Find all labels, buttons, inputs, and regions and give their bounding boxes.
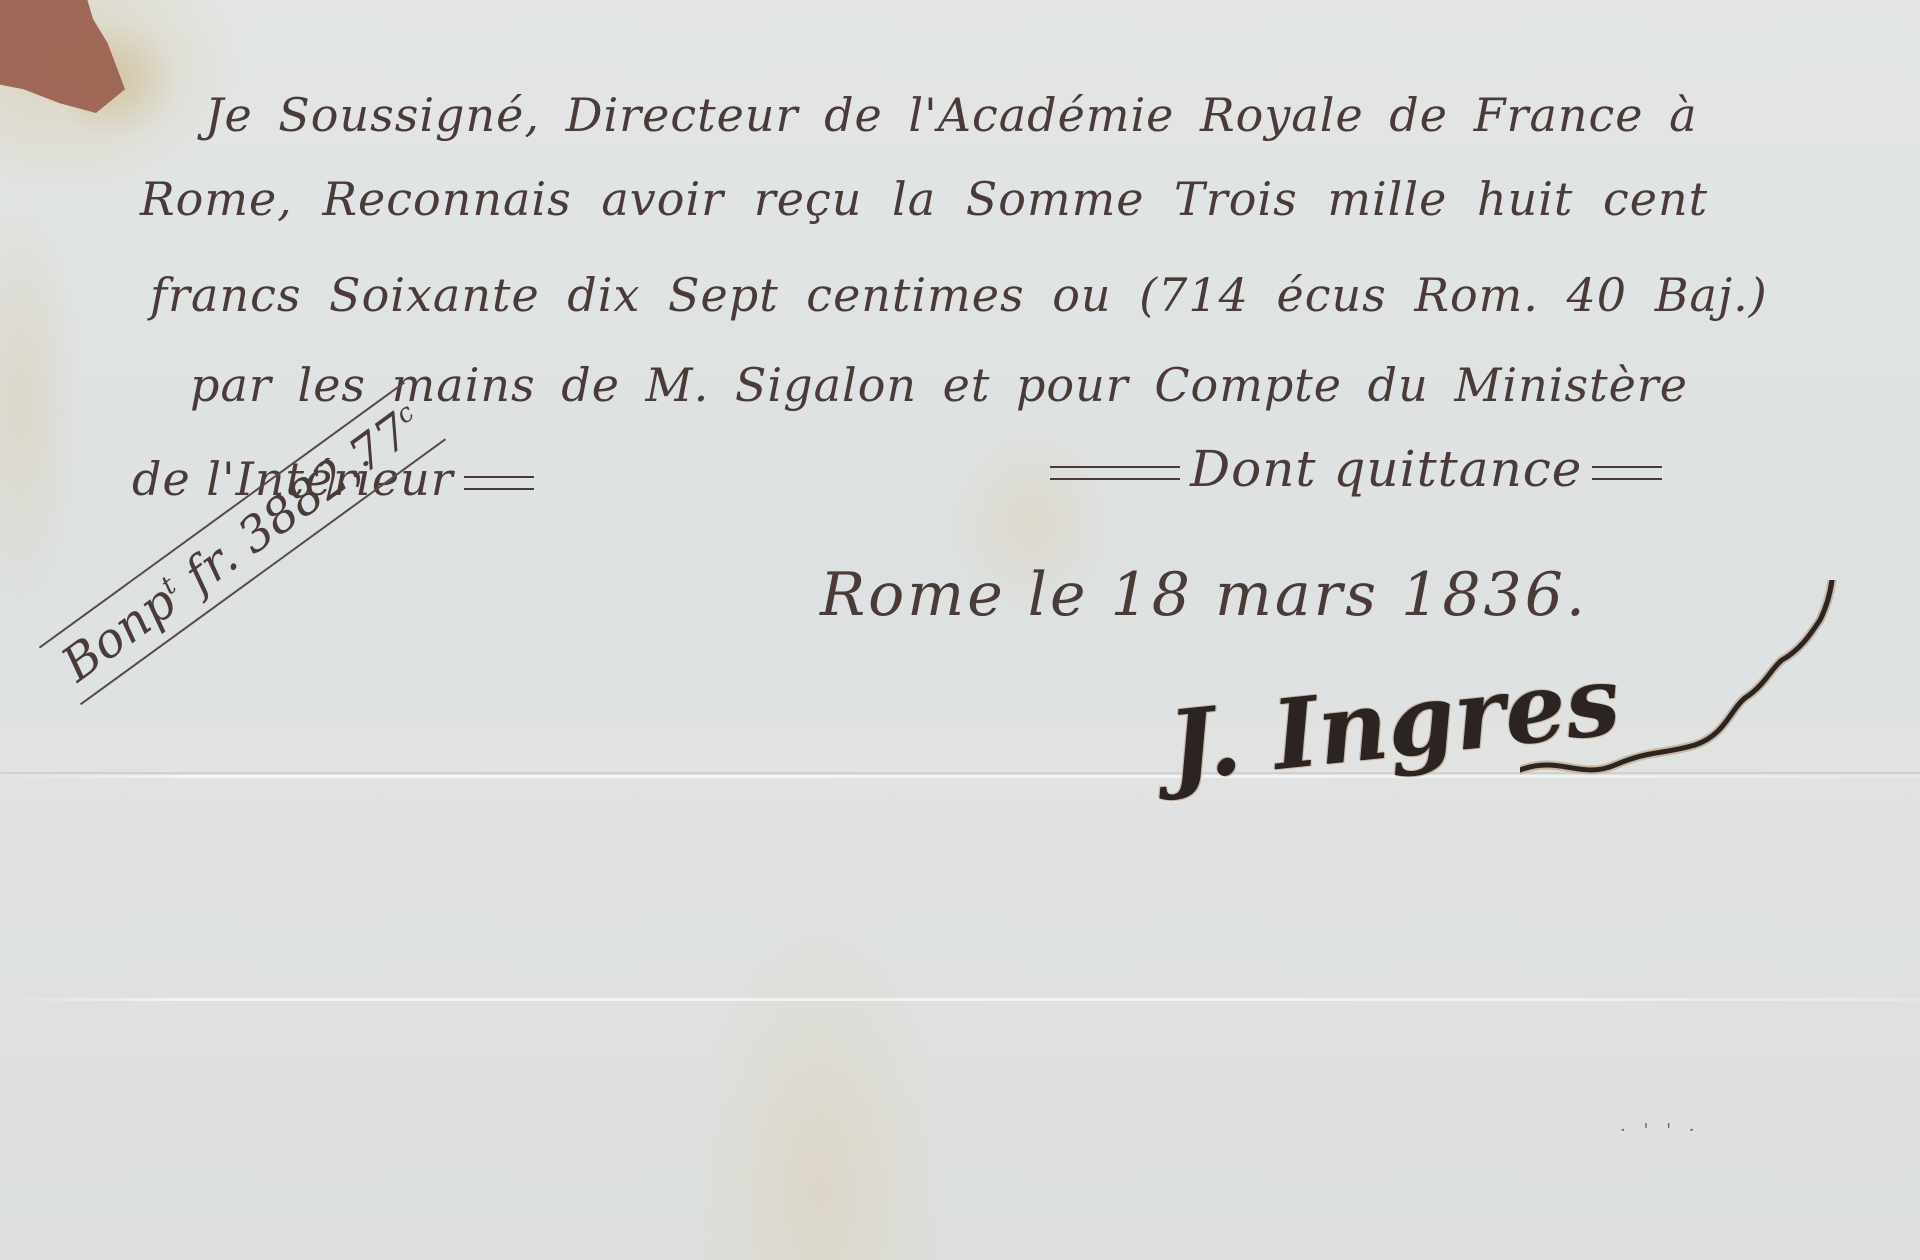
body-line-1: Je Soussigné, Directeur de l'Académie Ro… — [205, 88, 1698, 142]
paper-specks: · ' ' · — [1620, 1120, 1701, 1141]
double-dash — [1592, 466, 1662, 480]
place-date: Rome le 18 mars 1836. — [820, 560, 1588, 630]
closing-text: Dont quittance — [1190, 440, 1582, 498]
double-dash — [464, 476, 534, 490]
signature-flourish-icon — [1520, 580, 1850, 780]
body-line-2: Rome, Reconnais avoir reçu la Somme Troi… — [140, 172, 1708, 226]
double-dash — [1050, 466, 1180, 480]
body-line-3: francs Soixante dix Sept centimes ou (71… — [150, 268, 1768, 322]
closing-quittance: Dont quittance — [1040, 440, 1672, 498]
fold-line-lower — [0, 998, 1920, 1001]
